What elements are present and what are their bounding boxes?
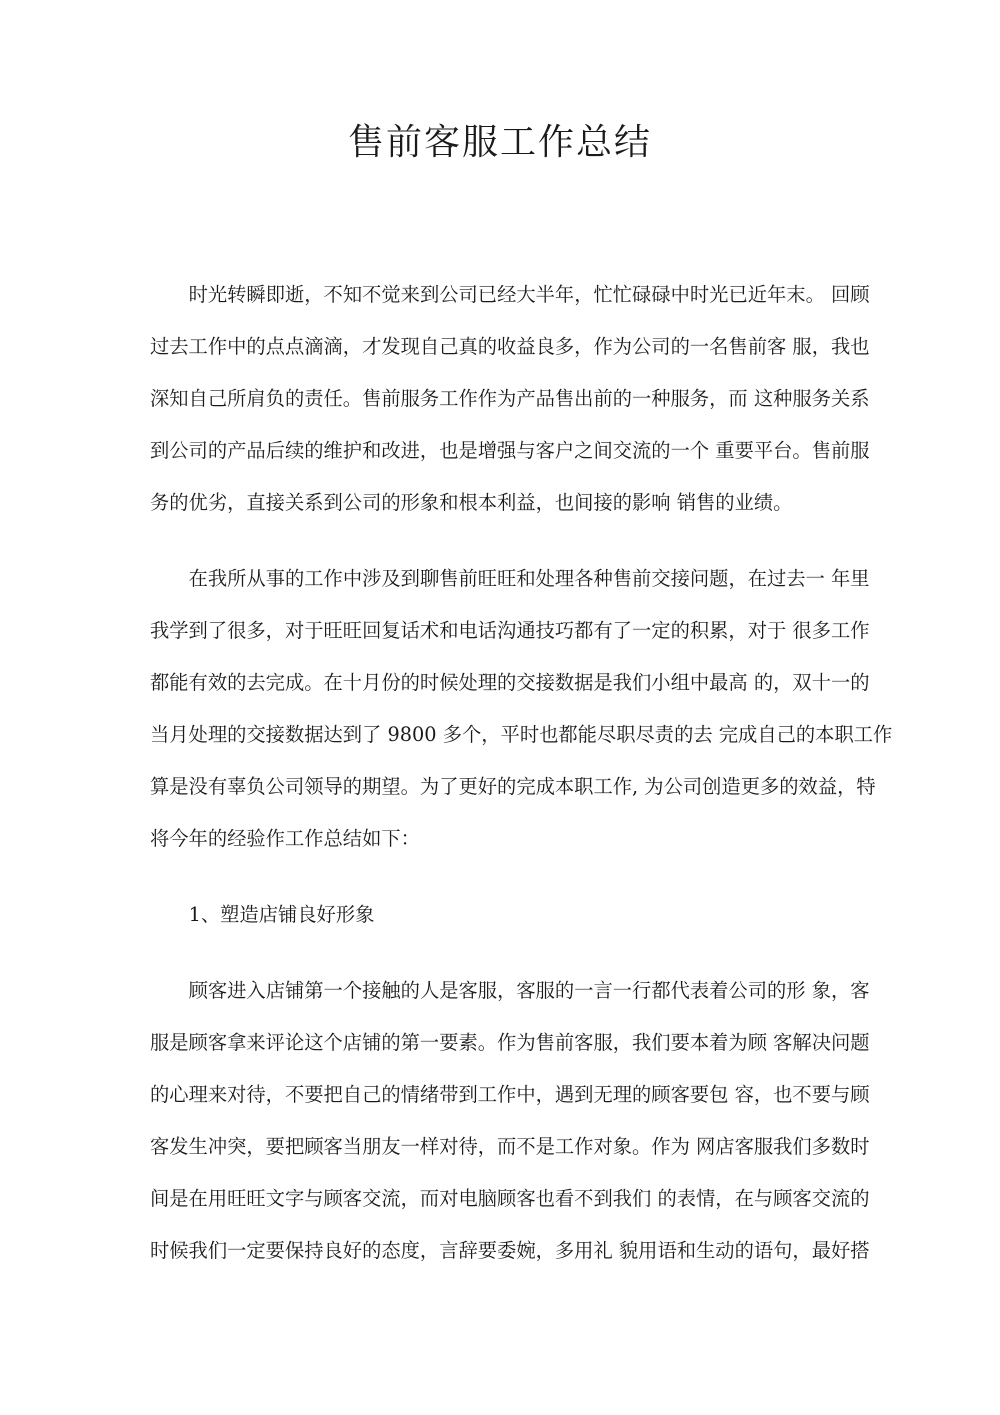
document-title: 售前客服工作总结 [0, 118, 1000, 168]
text-line: 将今年的经验作工作总结如下： [150, 813, 862, 865]
text-line: 时候我们一定要保持良好的态度，言辞要委婉，多用礼 貌用语和生动的语句，最好搭 [150, 1225, 862, 1277]
text-line: 间是在用旺旺文字与顾客交流，而对电脑顾客也看不到我们 的表情，在与顾客交流的 [150, 1173, 862, 1225]
text-line: 我学到了很多，对于旺旺回复话术和电话沟通技巧都有了一定的积累，对于 很多工作 [150, 605, 862, 657]
text-line: 到公司的产品后续的维护和改进，也是增强与客户之间交流的一个 重要平台。售前服 [150, 425, 862, 477]
paragraph-intro: 时光转瞬即逝，不知不觉来到公司已经大半年，忙忙碌碌中时光已近年末。 回顾 过去工… [150, 269, 862, 529]
text-line: 服是顾客拿来评论这个店铺的第一要素。作为售前客服，我们要本着为顾 客解决问题 [150, 1017, 862, 1069]
section-heading-text: 1、塑造店铺良好形象 [150, 889, 862, 941]
text-line: 在我所从事的工作中涉及到聊售前旺旺和处理各种售前交接问题，在过去一 年里 [150, 553, 862, 605]
text-line: 过去工作中的点点滴滴，才发现自己真的收益良多，作为公司的一名售前客 服，我也 [150, 321, 862, 373]
text-line: 的心理来对待，不要把自己的情绪带到工作中，遇到无理的顾客要包 容，也不要与顾 [150, 1069, 862, 1121]
text-line: 算是没有辜负公司领导的期望。为了更好的完成本职工作, 为公司创造更多的效益，特 [150, 761, 862, 813]
text-line: 务的优劣，直接关系到公司的形象和根本利益，也间接的影响 销售的业绩。 [150, 477, 862, 529]
document-body: 时光转瞬即逝，不知不觉来到公司已经大半年，忙忙碌碌中时光已近年末。 回顾 过去工… [0, 269, 1000, 1277]
document-page: 售前客服工作总结 时光转瞬即逝，不知不觉来到公司已经大半年，忙忙碌碌中时光已近年… [0, 0, 1000, 1415]
paragraph-store-image: 顾客进入店铺第一个接触的人是客服，客服的一言一行都代表着公司的形 象，客 服是顾… [150, 965, 862, 1277]
paragraph-work-review: 在我所从事的工作中涉及到聊售前旺旺和处理各种售前交接问题，在过去一 年里 我学到… [150, 553, 862, 865]
text-line: 顾客进入店铺第一个接触的人是客服，客服的一言一行都代表着公司的形 象，客 [150, 965, 862, 1017]
text-line: 都能有效的去完成。在十月份的时候处理的交接数据是我们小组中最高 的，双十一的 [150, 657, 862, 709]
text-line: 深知自己所肩负的责任。售前服务工作作为产品售出前的一种服务，而 这种服务关系 [150, 373, 862, 425]
text-line: 时光转瞬即逝，不知不觉来到公司已经大半年，忙忙碌碌中时光已近年末。 回顾 [150, 269, 862, 321]
section-heading-1: 1、塑造店铺良好形象 [150, 889, 862, 941]
text-line: 客发生冲突，要把顾客当朋友一样对待，而不是工作对象。作为 网店客服我们多数时 [150, 1121, 862, 1173]
text-line: 当月处理的交接数据达到了 9800 多个，平时也都能尽职尽责的去 完成自己的本职… [150, 709, 862, 761]
